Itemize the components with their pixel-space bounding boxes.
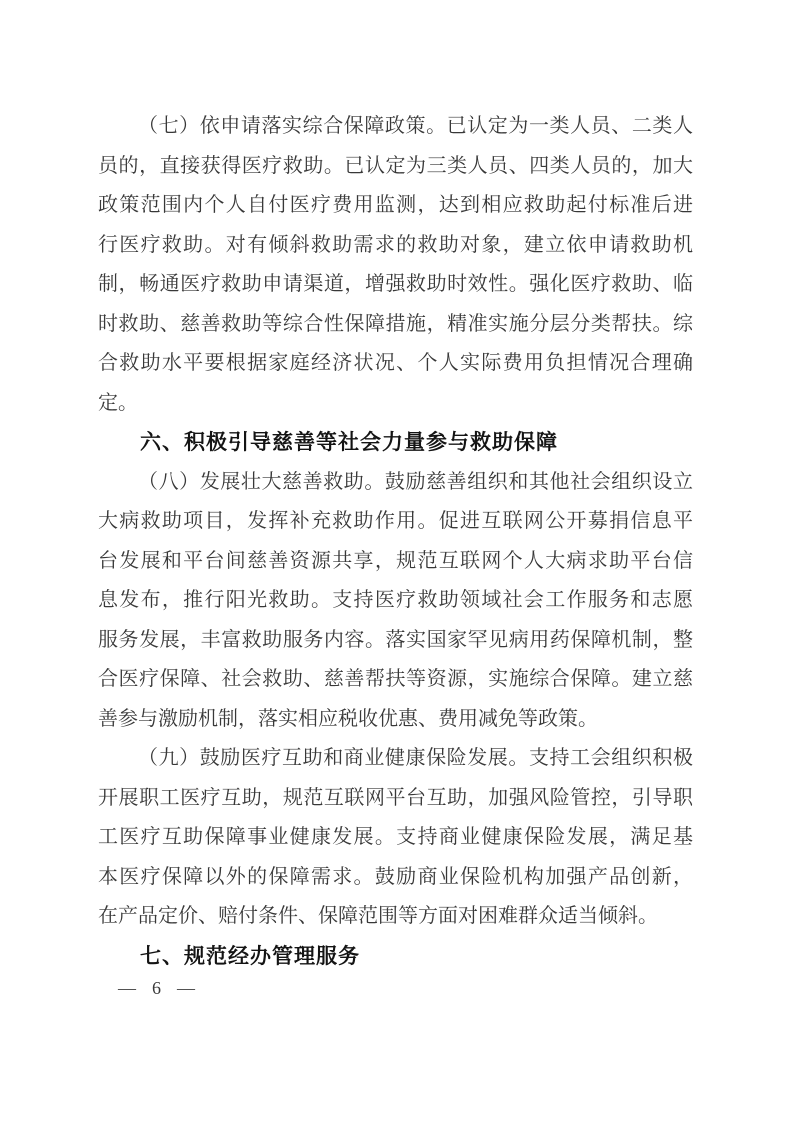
paragraph-item-8: （八）发展壮大慈善救助。鼓励慈善组织和其他社会组织设立大病救助项目，发挥补充救助… (98, 463, 693, 740)
paragraph-item-7: （七）依申请落实综合保障政策。已认定为一类人员、二类人员的，直接获得医疗救助。已… (98, 107, 693, 423)
document-page: （七）依申请落实综合保障政策。已认定为一类人员、二类人员的，直接获得医疗救助。已… (0, 0, 793, 1122)
text-line: 在产品定价、赔付条件、保障范围等方面对困难群众适当倾斜。 (98, 897, 693, 937)
text-line: 合医疗保障、社会救助、慈善帮扶等资源，实施综合保障。建立慈 (98, 660, 693, 700)
text-line: （八）发展壮大慈善救助。鼓励慈善组织和其他社会组织设立 (98, 463, 693, 503)
text-line: 定。 (98, 384, 693, 424)
page-number: 6 (152, 977, 161, 999)
text-line: 员的，直接获得医疗救助。已认定为三类人员、四类人员的，加大 (98, 147, 693, 187)
footer-right-dash: — (177, 977, 195, 999)
text-line: 息发布，推行阳光救助。支持医疗救助领域社会工作服务和志愿 (98, 581, 693, 621)
page-footer: — 6 — (118, 977, 195, 999)
text-line: 工医疗互助保障事业健康发展。支持商业健康保险发展，满足基 (98, 818, 693, 858)
document-content: （七）依申请落实综合保障政策。已认定为一类人员、二类人员的，直接获得医疗救助。已… (98, 107, 693, 976)
text-line: （九）鼓励医疗互助和商业健康保险发展。支持工会组织积极 (98, 739, 693, 779)
text-line: （七）依申请落实综合保障政策。已认定为一类人员、二类人 (98, 107, 693, 147)
text-line: 本医疗保障以外的保障需求。鼓励商业保险机构加强产品创新， (98, 858, 693, 898)
footer-left-dash: — (118, 977, 136, 999)
text-line: 行医疗救助。对有倾斜救助需求的救助对象，建立依申请救助机 (98, 226, 693, 266)
text-line: 时救助、慈善救助等综合性保障措施，精准实施分层分类帮扶。综 (98, 305, 693, 345)
text-line: 服务发展，丰富救助服务内容。落实国家罕见病用药保障机制，整 (98, 621, 693, 661)
text-line: 政策范围内个人自付医疗费用监测，达到相应救助起付标准后进 (98, 186, 693, 226)
text-line: 善参与激励机制，落实相应税收优惠、费用减免等政策。 (98, 700, 693, 740)
text-line: 大病救助项目，发挥补充救助作用。促进互联网公开募捐信息平 (98, 502, 693, 542)
text-line: 合救助水平要根据家庭经济状况、个人实际费用负担情况合理确 (98, 344, 693, 384)
paragraph-item-9: （九）鼓励医疗互助和商业健康保险发展。支持工会组织积极开展职工医疗互助，规范互联… (98, 739, 693, 937)
section-heading-6: 六、积极引导慈善等社会力量参与救助保障 (98, 423, 693, 463)
text-line: 台发展和平台间慈善资源共享，规范互联网个人大病求助平台信 (98, 542, 693, 582)
section-heading-7: 七、规范经办管理服务 (98, 937, 693, 977)
text-line: 制，畅通医疗救助申请渠道，增强救助时效性。强化医疗救助、临 (98, 265, 693, 305)
text-line: 开展职工医疗互助，规范互联网平台互助，加强风险管控，引导职 (98, 779, 693, 819)
